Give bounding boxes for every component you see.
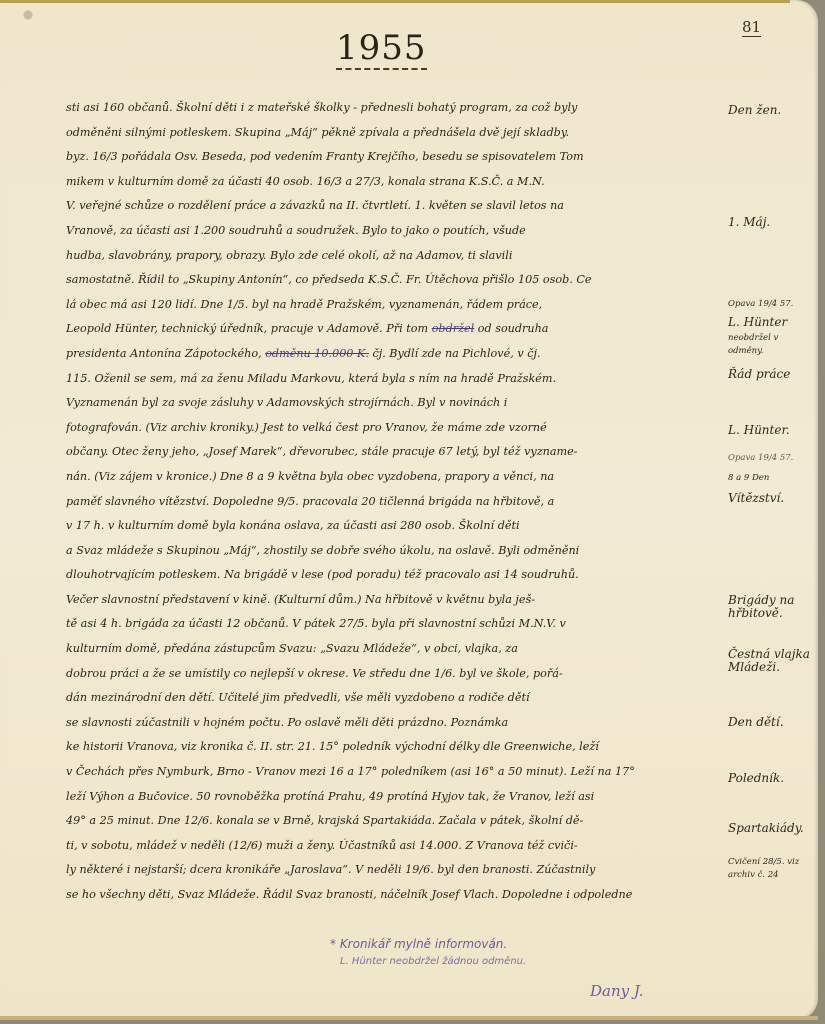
page-top-edge xyxy=(0,0,790,3)
margin-note: L. Hünter xyxy=(728,316,816,329)
text-line: ti, v sobotu, mládež v neděli (12/6) muž… xyxy=(66,834,714,859)
text-line: paměť slavného vítězství. Dopoledne 9/5.… xyxy=(66,490,714,515)
text-line: v Čechách přes Nymburk, Brno - Vranov me… xyxy=(66,760,714,785)
text-line: samostatně. Řídil to „Skupiny Antonín“, … xyxy=(66,268,714,293)
correction-footnote: * Kronikář mylně informován. L. Hünter n… xyxy=(330,935,526,971)
text-line: V. veřejné schůze o rozdělení práce a zá… xyxy=(66,194,714,219)
text-line: v 17 h. v kulturním domě byla konána osl… xyxy=(66,514,714,539)
text-line: tě asi 4 h. brigáda za účasti 12 občanů.… xyxy=(66,612,714,637)
margin-note: Brigády na hřbitově. xyxy=(728,594,816,620)
text-line: Leopold Hünter, technický úředník, pracu… xyxy=(66,317,714,342)
struck-text: odměnu 10.000 K. xyxy=(265,347,369,360)
text-line: fotografován. (Viz archiv kroniky.) Jest… xyxy=(66,416,714,441)
text-line: leží Výhon a Bučovice. 50 rovnoběžka pro… xyxy=(66,785,714,810)
margin-note: L. Hünter. xyxy=(728,424,816,437)
text-line: dobrou práci a že se umístily co nejlepš… xyxy=(66,662,714,687)
margin-note: Den dětí. xyxy=(728,716,816,729)
margin-note: neobdržel v odměny. xyxy=(728,332,816,358)
margin-note: Den žen. xyxy=(728,104,816,117)
margin-note: Vítězství. xyxy=(728,492,816,505)
text-line: hudba, slavobrány, prapory, obrazy. Bylo… xyxy=(66,244,714,269)
signature: Dany J. xyxy=(590,982,644,1000)
margin-note: 8 a 9 Den xyxy=(728,472,816,485)
margin-note: Opava 19/4 57. xyxy=(728,298,816,311)
text-line: Večer slavnostní představení v kině. (Ku… xyxy=(66,588,714,613)
text-line: odměněni silnými potleskem. Skupina „Máj… xyxy=(66,121,714,146)
text-line: byz. 16/3 pořádala Osv. Beseda, pod vede… xyxy=(66,145,714,170)
text-line: dlouhotrvajícím potleskem. Na brigádě v … xyxy=(66,563,714,588)
year-heading: 1955 xyxy=(336,30,427,70)
margin-note: Opava 19/4 57. xyxy=(728,452,816,465)
margin-note: Čestná vlajka Mládeži. xyxy=(728,648,816,674)
text-line: dán mezinárodní den dětí. Učitelé jim př… xyxy=(66,686,714,711)
footnote-line-1: * Kronikář mylně informován. xyxy=(330,935,526,953)
text-line: Vranově, za účasti asi 1.200 soudruhů a … xyxy=(66,219,714,244)
text-line: sti asi 160 občanů. Školní děti i z mate… xyxy=(66,96,714,121)
text-line: a Svaz mládeže s Skupinou „Máj“, zhostil… xyxy=(66,539,714,564)
margin-notes: Den žen.1. Máj.Opava 19/4 57.L. Hünterne… xyxy=(728,0,816,1000)
text-line: se ho všechny děti, Svaz Mládeže. Řádil … xyxy=(66,883,714,908)
text-line: Vyznamenán byl za svoje zásluhy v Adamov… xyxy=(66,391,714,416)
text-line: kulturním domě, předána zástupcům Svazu:… xyxy=(66,637,714,662)
text-line: se slavnosti zúčastnili v hojném počtu. … xyxy=(66,711,714,736)
text-line: mikem v kulturním domě za účasti 40 osob… xyxy=(66,170,714,195)
text-line: 49° a 25 minut. Dne 12/6. konala se v Br… xyxy=(66,809,714,834)
margin-note: Poledník. xyxy=(728,772,816,785)
struck-text: obdržel xyxy=(432,322,475,335)
text-line: ly některé i nejstarší; dcera kronikáře … xyxy=(66,858,714,883)
margin-note: Cvičení 28/5. viz archiv č. 24 xyxy=(728,856,816,882)
text-line: ke historii Vranova, viz kronika č. II. … xyxy=(66,735,714,760)
chronicle-page: 1955 81 sti asi 160 občanů. Školní děti … xyxy=(0,0,818,1020)
footnote-line-2: L. Hünter neobdržel žádnou odměnu. xyxy=(330,953,526,971)
margin-note: 1. Máj. xyxy=(728,216,816,229)
margin-note: Spartakiády. xyxy=(728,822,816,835)
text-line: presidenta Antonína Zápotockého, odměnu … xyxy=(66,342,714,367)
margin-note: Řád práce xyxy=(728,368,816,381)
page-bottom-edge xyxy=(0,1016,818,1020)
text-line: lá obec má asi 120 lidí. Dne 1/5. byl na… xyxy=(66,293,714,318)
handwritten-body: sti asi 160 občanů. Školní děti i z mate… xyxy=(66,96,714,908)
text-line: 115. Oženil se sem, má za ženu Miladu Ma… xyxy=(66,367,714,392)
text-line: nán. (Viz zájem v kronice.) Dne 8 a 9 kv… xyxy=(66,465,714,490)
text-line: občany. Otec ženy jeho, „Josef Marek“, d… xyxy=(66,440,714,465)
